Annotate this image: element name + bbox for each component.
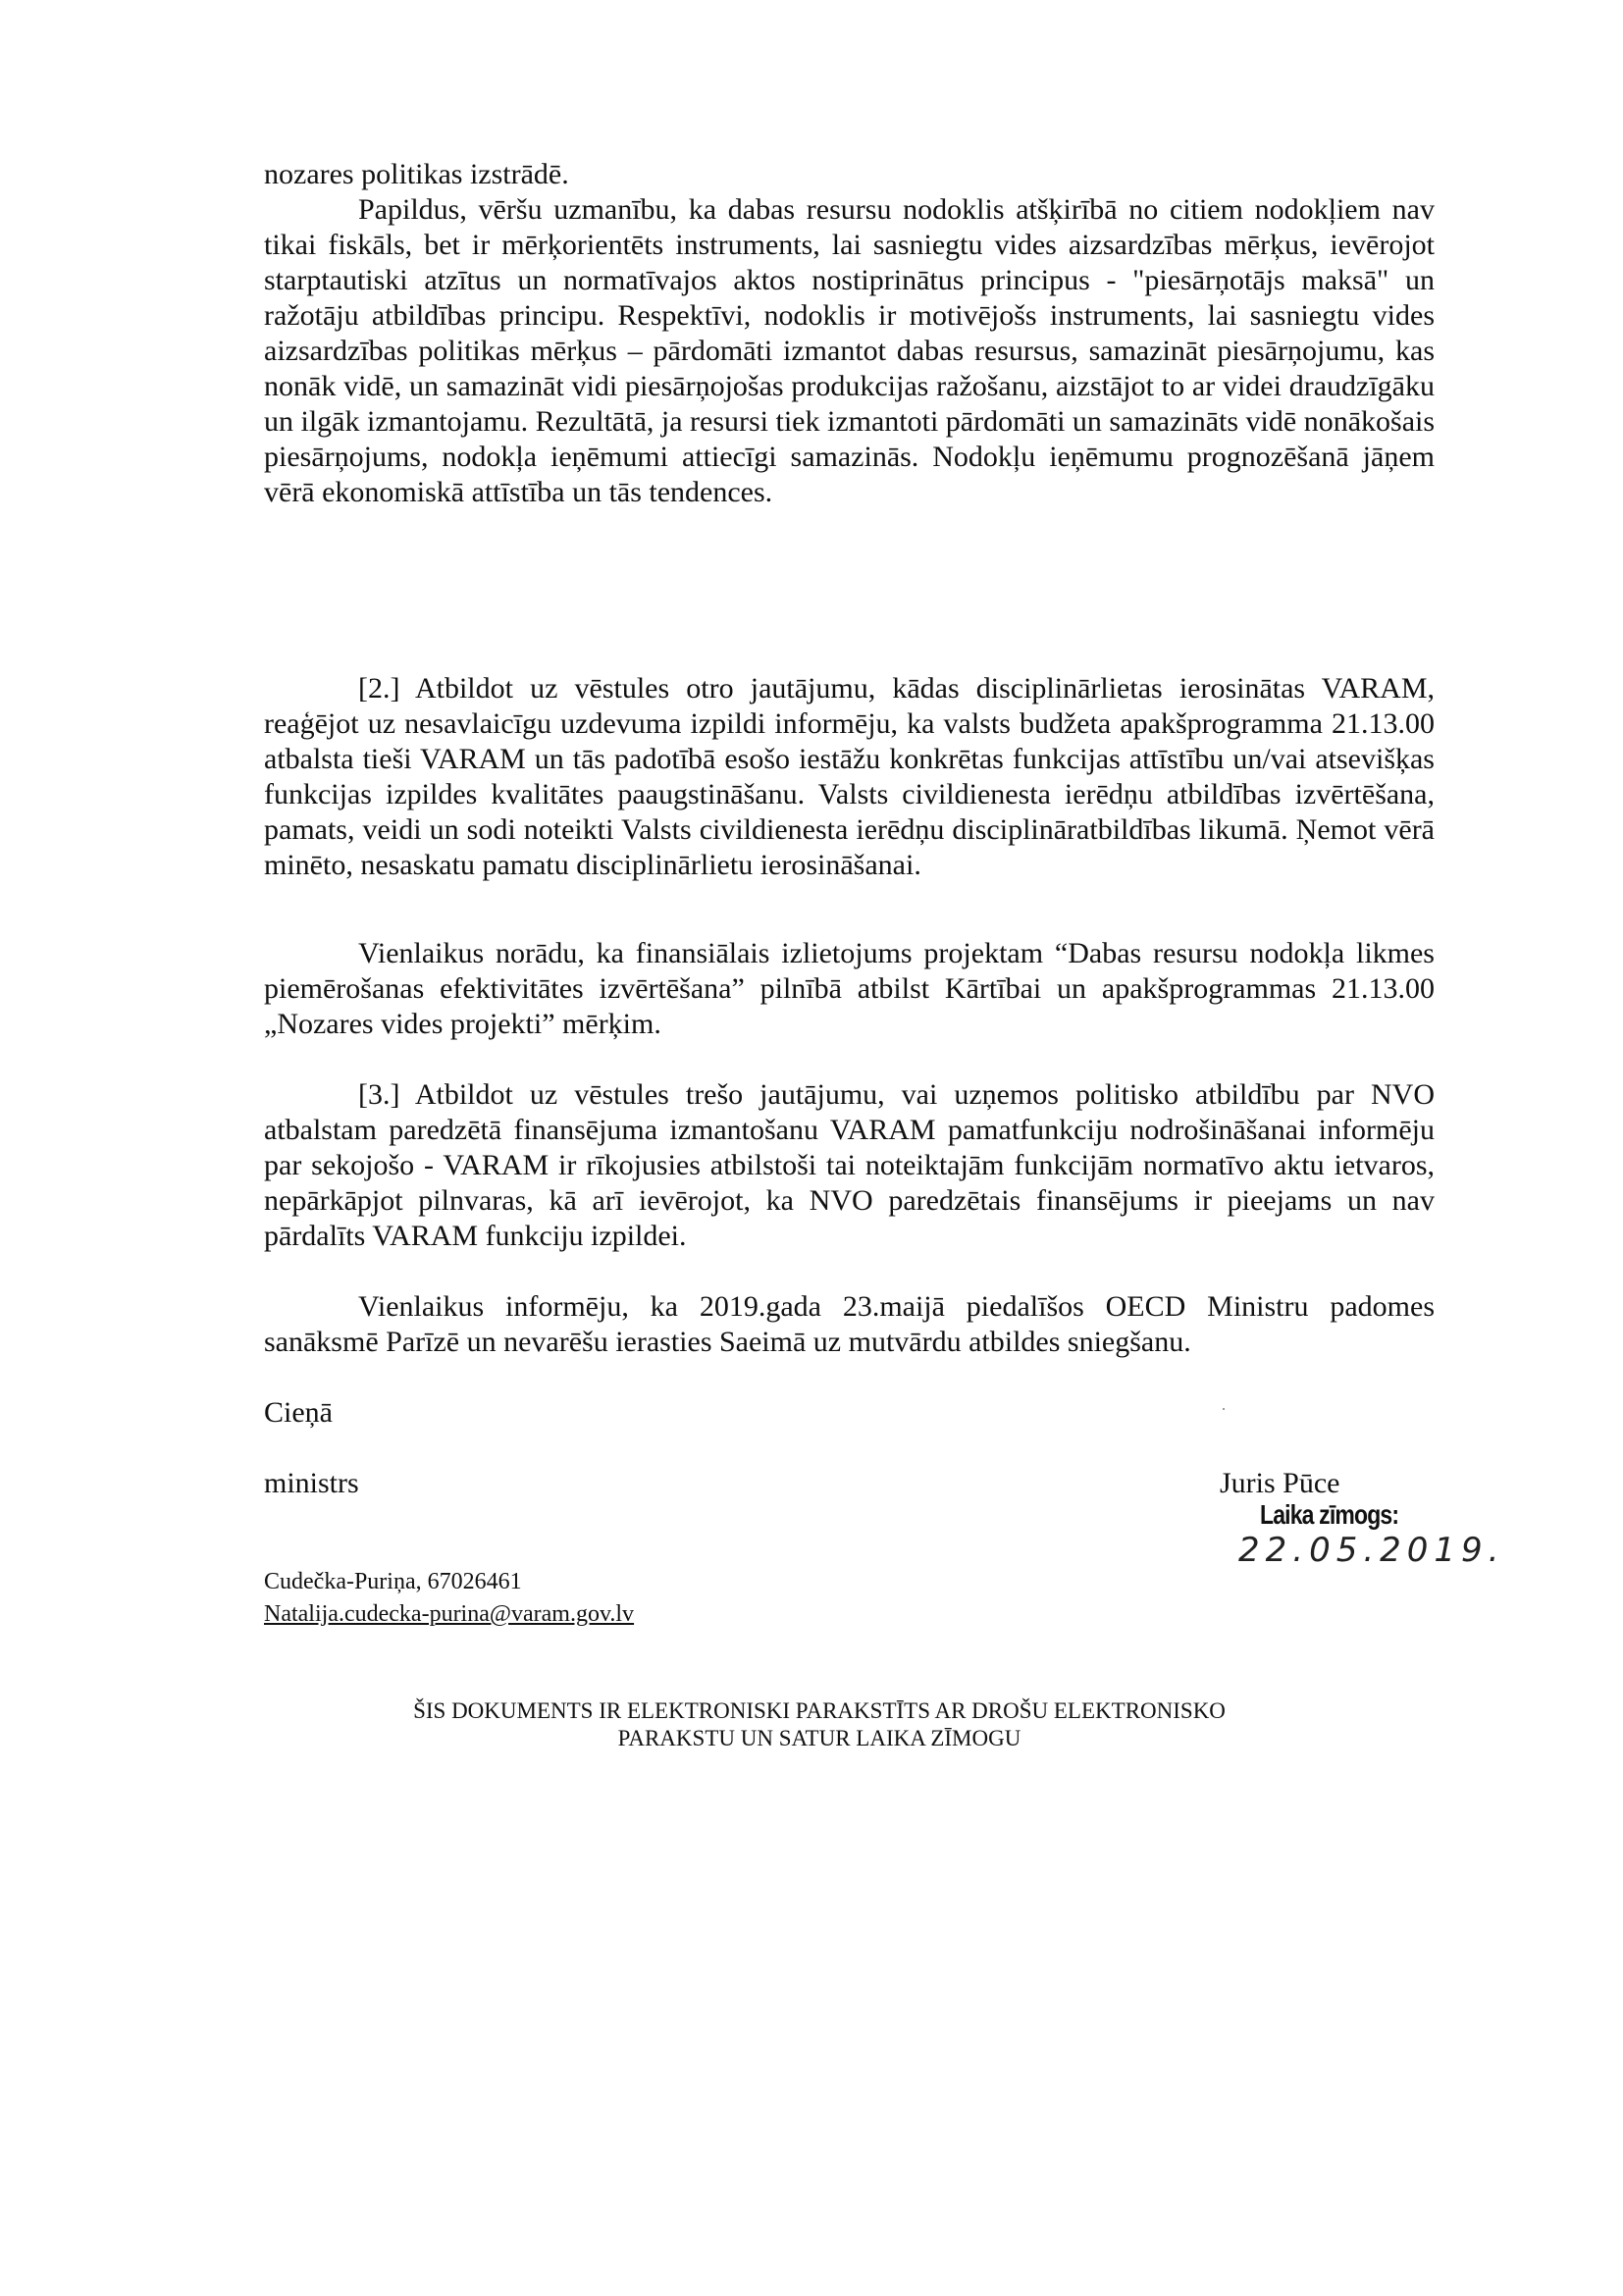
paragraph-oecd-meeting: Vienlaikus informēju, ka 2019.gada 23.ma… bbox=[264, 1289, 1435, 1360]
notice-line-1: ŠIS DOKUMENTS IR ELEKTRONISKI PARAKSTĪTS… bbox=[16, 1697, 1623, 1725]
timestamp-label: Laika zīmogs: bbox=[1260, 1499, 1398, 1531]
contact-email-link[interactable]: Natalija.cudecka-purina@varam.gov.lv bbox=[264, 1598, 634, 1630]
signatory-name: Juris Pūce bbox=[1220, 1466, 1340, 1501]
paragraph-continuation: nozares politikas izstrādē. bbox=[264, 157, 1435, 192]
document-page: nozares politikas izstrādē. Papildus, vē… bbox=[0, 0, 1623, 2296]
contact-name-phone: Cudečka-Puriņa, 67026461 bbox=[264, 1566, 522, 1597]
paragraph-tax-purpose: Papildus, vēršu uzmanību, ka dabas resur… bbox=[264, 192, 1435, 510]
notice-line-2: PARAKSTU UN SATUR LAIKA ZĪMOGU bbox=[16, 1725, 1623, 1752]
greeting: Cieņā bbox=[264, 1395, 333, 1431]
handwritten-date: 22.05.2019. bbox=[1238, 1531, 1504, 1570]
paragraph-financial-use: Vienlaikus norādu, ka finansiālais izlie… bbox=[264, 936, 1435, 1042]
paragraph-answer-2: [2.] Atbildot uz vēstules otro jautājumu… bbox=[264, 671, 1435, 883]
paragraph-answer-3: [3.] Atbildot uz vēstules trešo jautājum… bbox=[264, 1077, 1435, 1254]
scan-speck bbox=[1223, 1408, 1225, 1410]
e-signature-notice: ŠIS DOKUMENTS IR ELEKTRONISKI PARAKSTĪTS… bbox=[0, 1697, 1623, 1752]
position-title: ministrs bbox=[264, 1466, 359, 1501]
